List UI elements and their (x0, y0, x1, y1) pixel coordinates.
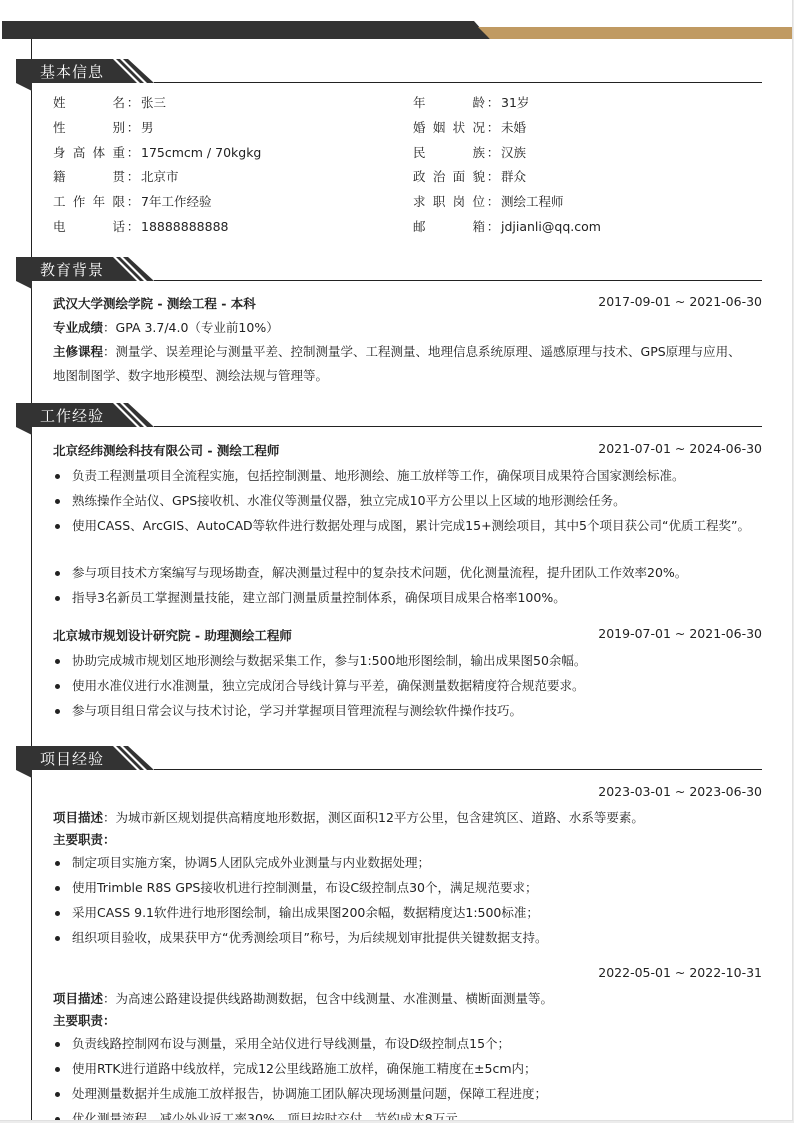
info-marital: 婚姻状况：未婚 (413, 119, 526, 143)
bullet-item: 协助完成城市规划区地形测绘与数据采集工作，参与1:500地形图绘制，输出成果图5… (53, 648, 762, 673)
info-years: 工作年限：7年工作经验 (53, 193, 211, 217)
info-gender: 性别：男 (53, 119, 154, 143)
info-position: 求职岗位：测绘工程师 (413, 193, 564, 217)
project-bullets: 负责线路控制网布设与测量，采用全站仪进行导线测量，布设D级控制点15个； 使用R… (53, 1031, 762, 1121)
top-bar-gold (478, 27, 793, 39)
bullet-item: 指导3名新员工掌握测量技能，建立部门测量质量控制体系，确保项目成果合格率100%… (53, 585, 762, 610)
bullet-item: 使用CASS、ArcGIS、AutoCAD等软件进行数据处理与成图，累计完成15… (53, 513, 762, 538)
info-age: 年龄：31岁 (413, 94, 529, 118)
top-bar-dark (2, 21, 490, 39)
bullet-item: 制定项目实施方案，协调5人团队完成外业测量与内业数据处理； (53, 850, 762, 875)
info-email: 邮箱：jdjianli@qq.com (413, 218, 601, 242)
education-date: 2017-09-01 ~ 2021-06-30 (598, 294, 762, 309)
education-title: 武汉大学测绘学院 - 测绘工程 - 本科 (53, 294, 256, 312)
resume-page: 基本信息 姓名：张三 性别：男 身高体重：175cmcm / 70kgkg 籍贯… (0, 0, 793, 1121)
bullet-item: 参与项目技术方案编写与现场勘查，解决测量过程中的复杂技术问题，优化测量流程，提升… (53, 560, 762, 585)
bullet-item: 优化测量流程，减少外业返工率30%，项目按时交付，节约成本8万元。 (53, 1106, 762, 1121)
project-date: 2022-05-01 ~ 2022-10-31 (598, 965, 762, 980)
info-height-weight: 身高体重：175cmcm / 70kgkg (53, 144, 261, 168)
bullet-item: 处理测量数据并生成施工放样报告，协调施工团队解决现场测量问题，保障工程进度； (53, 1081, 762, 1106)
work-bullets: 负责工程测量项目全流程实施，包括控制测量、地形测绘、施工放样等工作，确保项目成果… (53, 463, 762, 610)
bullet-item: 负责工程测量项目全流程实施，包括控制测量、地形测绘、施工放样等工作，确保项目成果… (53, 463, 762, 488)
project-desc-label: 项目描述 (53, 991, 103, 1006)
work-date: 2019-07-01 ~ 2021-06-30 (598, 626, 762, 641)
project-duty-label: 主要职责： (53, 1011, 762, 1031)
section-title: 项目经验 (40, 748, 104, 769)
project-desc: ：为高速公路建设提供线路勘测数据，包含中线测量、水准测量、横断面测量等。 (103, 991, 553, 1006)
project-entry-1: 2023-03-01 ~ 2023-06-30 项目描述：为城市新区规划提供高精… (53, 784, 762, 950)
courses-label: 主修课程 (53, 344, 103, 359)
section-header-education: 教育背景 (16, 257, 762, 281)
section-title: 工作经验 (40, 405, 104, 426)
info-phone: 电话：18888888888 (53, 218, 228, 242)
bullet-item: 使用RTK进行道路中线放样，完成12公里线路施工放样，确保施工精度在±5cm内； (53, 1056, 762, 1081)
section-header-basic: 基本信息 (16, 59, 762, 83)
work-date: 2021-07-01 ~ 2024-06-30 (598, 441, 762, 456)
bullet-item: 使用Trimble R8S GPS接收机进行控制测量，布设C级控制点30个，满足… (53, 875, 762, 900)
work-bullets: 协助完成城市规划区地形测绘与数据采集工作，参与1:500地形图绘制，输出成果图5… (53, 648, 762, 723)
education-entry: 武汉大学测绘学院 - 测绘工程 - 本科 2017-09-01 ~ 2021-0… (53, 294, 762, 388)
info-ethnicity: 民族：汉族 (413, 144, 526, 168)
work-entry-2: 北京城市规划设计研究院 - 助理测绘工程师 2019-07-01 ~ 2021-… (53, 626, 762, 723)
bullet-item: 组织项目验收，成果获甲方“优秀测绘项目”称号，为后续规划审批提供关键数据支持。 (53, 925, 762, 950)
section-header-work: 工作经验 (16, 403, 762, 427)
timeline-line (31, 39, 32, 1121)
project-entry-2: 2022-05-01 ~ 2022-10-31 项目描述：为高速公路建设提供线路… (53, 965, 762, 1121)
work-title: 北京城市规划设计研究院 - 助理测绘工程师 (53, 626, 292, 644)
courses-value-cont: 地图制图学、数字地形模型、测绘法规与管理等。 (53, 364, 762, 388)
bullet-item: 熟练操作全站仪、GPS接收机、水准仪等测量仪器，独立完成10平方公里以上区域的地… (53, 488, 762, 513)
bullet-item: 参与项目组日常会议与技术讨论，学习并掌握项目管理流程与测绘软件操作技巧。 (53, 698, 762, 723)
section-title: 基本信息 (40, 61, 104, 82)
project-date: 2023-03-01 ~ 2023-06-30 (598, 784, 762, 799)
score-value: ：GPA 3.7/4.0（专业前10%） (103, 320, 279, 335)
info-name: 姓名：张三 (53, 94, 166, 118)
section-header-projects: 项目经验 (16, 746, 762, 770)
section-title: 教育背景 (40, 259, 104, 280)
bullet-item: 使用水准仪进行水准测量，独立完成闭合导线计算与平差，确保测量数据精度符合规范要求… (53, 673, 762, 698)
info-hometown: 籍贯：北京市 (53, 168, 179, 192)
project-desc: ：为城市新区规划提供高精度地形数据，测区面积12平方公里，包含建筑区、道路、水系… (103, 810, 644, 825)
bullet-item: 采用CASS 9.1软件进行地形图绘制，输出成果图200余幅，数据精度达1:50… (53, 900, 762, 925)
work-entry-1: 北京经纬测绘科技有限公司 - 测绘工程师 2021-07-01 ~ 2024-0… (53, 441, 762, 610)
project-bullets: 制定项目实施方案，协调5人团队完成外业测量与内业数据处理； 使用Trimble … (53, 850, 762, 950)
project-desc-label: 项目描述 (53, 810, 103, 825)
work-title: 北京经纬测绘科技有限公司 - 测绘工程师 (53, 441, 279, 459)
project-duty-label: 主要职责： (53, 830, 762, 850)
courses-value: ：测量学、误差理论与测量平差、控制测量学、工程测量、地理信息系统原理、遥感原理与… (103, 344, 741, 359)
bullet-item: 负责线路控制网布设与测量，采用全站仪进行导线测量，布设D级控制点15个； (53, 1031, 762, 1056)
info-political: 政治面貌：群众 (413, 168, 526, 192)
score-label: 专业成绩 (53, 320, 103, 335)
